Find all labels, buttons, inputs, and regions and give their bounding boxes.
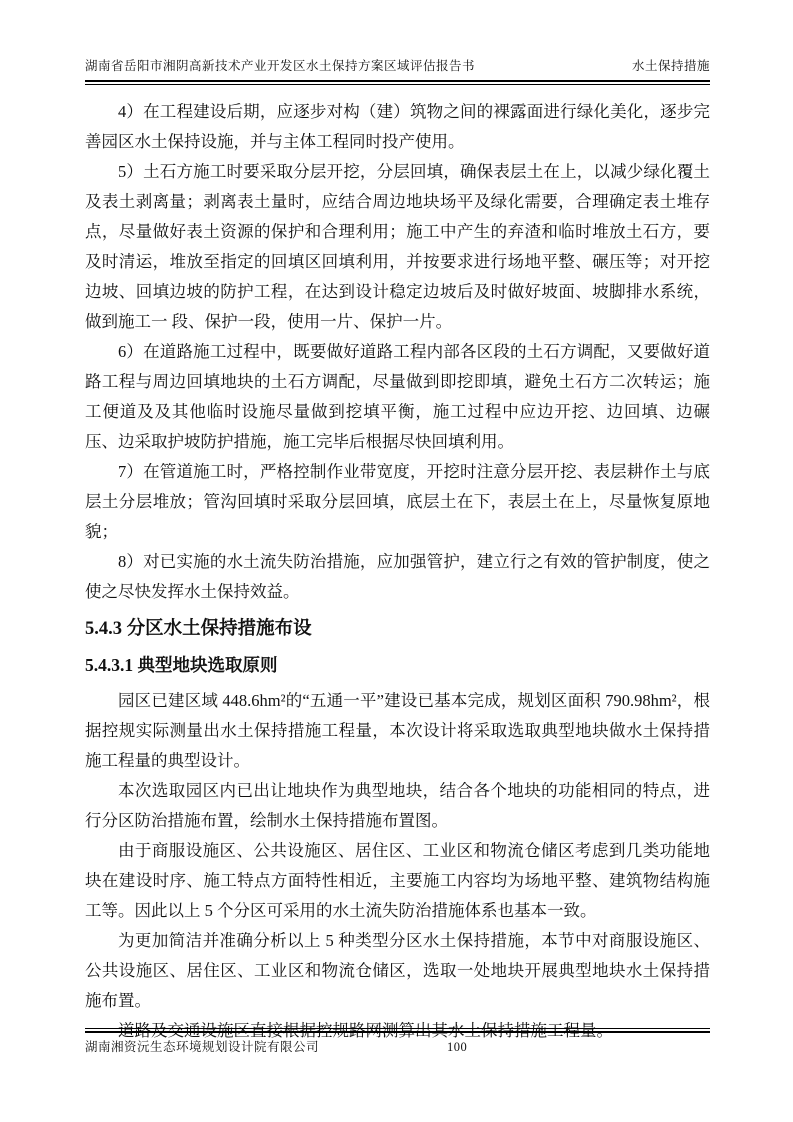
page-header: 湖南省岳阳市湘阴高新技术产业开发区水土保持方案区域评估报告书 水土保持措施 [85,56,710,85]
paragraph-item-5: 5）土石方施工时要采取分层开挖，分层回填，确保表层土在上，以减少绿化覆土及表土剥… [85,157,710,337]
paragraph-typical-plot: 本次选取园区内已出让地块作为典型地块，结合各个地块的功能相同的特点，进行分区防治… [85,776,710,836]
header-report-title: 湖南省岳阳市湘阴高新技术产业开发区水土保持方案区域评估报告书 [85,56,475,76]
footer-page-number: 100 [447,1037,467,1057]
paragraph-five-zones: 由于商服设施区、公共设施区、居住区、工业区和物流仓储区考虑到几类功能地块在建设时… [85,836,710,926]
document-page: 湖南省岳阳市湘阴高新技术产业开发区水土保持方案区域评估报告书 水土保持措施 4）… [0,0,793,1122]
page-footer: 湖南湘资沅生态环境规划设计院有限公司 100 [85,1028,710,1057]
section-heading-5-4-3-1: 5.4.3.1 典型地块选取原则 [85,650,710,680]
footer-rule [85,1028,710,1033]
header-rule [85,80,710,85]
footer-row: 湖南湘资沅生态环境规划设计院有限公司 100 [85,1037,710,1057]
header-chapter-title: 水土保持措施 [632,56,710,76]
paragraph-item-6: 6）在道路施工过程中，既要做好道路工程内部各区段的土石方调配，又要做好道路工程与… [85,337,710,457]
section-heading-5-4-3: 5.4.3 分区水土保持措施布设 [85,614,710,644]
paragraph-analysis: 为更加简洁并准确分析以上 5 种类型分区水土保持措施，本节中对商服设施区、公共设… [85,926,710,1016]
paragraph-item-4: 4）在工程建设后期，应逐步对构（建）筑物之间的裸露面进行绿化美化，逐步完善园区水… [85,97,710,157]
paragraph-item-8: 8）对已实施的水土流失防治措施，应加强管护，建立行之有效的管护制度，使之使之尽快… [85,547,710,607]
header-rule-thin-line [85,84,710,85]
paragraph-park-area: 园区已建区域 448.6hm²的“五通一平”建设已基本完成，规划区面积 790.… [85,686,710,776]
header-row: 湖南省岳阳市湘阴高新技术产业开发区水土保持方案区域评估报告书 水土保持措施 [85,56,710,76]
paragraph-item-7: 7）在管道施工时，严格控制作业带宽度，开挖时注意分层开挖、表层耕作土与底层土分层… [85,457,710,547]
footer-rule-thick-line [85,1031,710,1033]
document-body: 4）在工程建设后期，应逐步对构（建）筑物之间的裸露面进行绿化美化，逐步完善园区水… [85,97,710,1046]
footer-company-name: 湖南湘资沅生态环境规划设计院有限公司 [85,1037,319,1057]
